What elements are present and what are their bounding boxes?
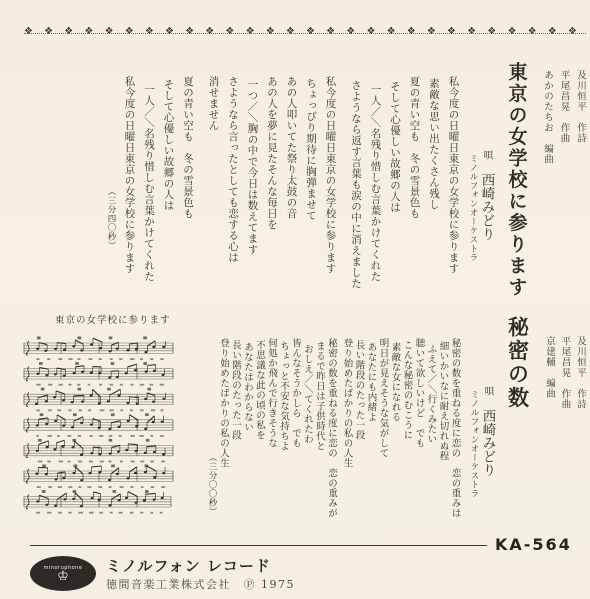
lyric-line: あなたにも内緒よ: [366, 338, 376, 518]
lyric-line: そして心優しい故郷の人は: [390, 76, 401, 289]
duration-label: （三分四〇秒）: [107, 76, 116, 289]
credit-line: 及川恒平 作詩: [576, 58, 586, 165]
credit-line: 及川恒平 作詩: [576, 314, 586, 410]
lyric-line: 秘密の数を重ねる度に恋の 恋の重みは: [450, 338, 460, 518]
duration-label: （三分〇〇秒）: [208, 338, 217, 518]
lyric-line: 一人／＼名残り惜しむ言葉かけてくれた: [370, 76, 381, 289]
lyric-line: おしえ／＼てくれたわ: [303, 338, 313, 518]
lyric-line: 長い階段のたった一段: [231, 338, 241, 518]
lyric-line: 夏の青い空も 冬の雪景色も: [183, 76, 194, 289]
lyric-line: あの人叩いてた祭り太鼓の音: [286, 76, 297, 289]
lyric-line: 一人／＼名残り惜しむ言葉かけてくれた: [144, 76, 155, 289]
lyric-line: あなたはわからない: [243, 338, 253, 518]
song1-vocal: 唄 西崎みどり: [479, 58, 493, 304]
lyric-line: 秘密の数を重ねる度に恋の 恋の重みが: [327, 338, 337, 518]
record-sleeve-back: ❖ ❖ ❖ ❖ ❖ ❖ ❖ ❖ ❖ ❖ ❖ ❖ ❖ ❖ ❖ ❖ ❖ ❖ ❖ ❖ …: [0, 0, 590, 599]
credit-line: 京建輔 編曲: [545, 314, 555, 410]
lyric-line: 登り始めたばかりの私の人生: [219, 338, 229, 518]
lyric-line: 私今度の日曜日東京の女学校に参ります: [448, 76, 459, 289]
lyric-line: 素敵な女になれる: [390, 338, 400, 518]
lyric-line: 皆んなそうかしら でも: [291, 338, 301, 518]
lyric-line: 私今度の日曜日東京の女学校に参ります: [124, 76, 135, 289]
credit-line: 平尾昌晃 作曲: [560, 314, 570, 410]
lyric-line: 細いかいなに耐え切れぬ程: [438, 338, 448, 518]
song2-title: 秘密の数: [508, 314, 529, 548]
lyric-line: ふえて／＼行くみたい: [426, 338, 436, 518]
lyric-line: まるで昨日は子供時代と: [315, 338, 325, 518]
company-line: 徳間音楽工業株式会社 Ⓟ 1975: [106, 576, 295, 592]
lyric-line: 素敵な思い出たくさん残し: [429, 76, 440, 289]
song2-vocal: 唄 西崎みどり: [480, 314, 494, 548]
lyric-line: 登り始めたばかりの私の人生: [342, 338, 352, 518]
lyric-line: 長い階段のたった一段: [354, 338, 364, 518]
copyright-year: 1975: [261, 578, 295, 591]
phonogram-mark-icon: Ⓟ: [244, 578, 257, 591]
song2-credits: 及川恒平 作詩平尾昌晃 作曲京建輔 編曲: [539, 314, 586, 410]
lyric-line: 夏の青い空も 冬の雪景色も: [409, 76, 420, 289]
catalog-number: KA-564: [495, 535, 572, 554]
lyric-line: 私今度の日曜日東京の女学校に参ります: [325, 76, 336, 289]
music-score: [21, 327, 181, 521]
lyric-line: 消せません: [208, 76, 219, 289]
company-name: 徳間音楽工業株式会社: [106, 578, 231, 591]
vocal-label: 唄: [482, 150, 493, 160]
credit-line: 平尾昌晃 作曲: [559, 58, 569, 165]
label-name: ミノルフォン レコード: [106, 555, 271, 576]
lyric-line: 何処か飛んで行きそうな: [267, 338, 277, 518]
crown-icon: ♔: [57, 570, 69, 583]
ornament-border: ❖ ❖ ❖ ❖ ❖ ❖ ❖ ❖ ❖ ❖ ❖ ❖ ❖ ❖ ❖ ❖ ❖ ❖ ❖ ❖ …: [24, 26, 586, 40]
vocal-label: 唄: [483, 386, 494, 396]
lyric-line: そして心優しい故郷の人は: [163, 76, 174, 289]
vocal-name: [480, 396, 496, 410]
lyric-line: ちょっぴり期待に胸弾ませて: [306, 76, 317, 289]
song2-lyrics: 秘密の数を重ねる度に恋の 恋の重みは細いかいなに耐え切れぬ程ふえて／＼行くみたい…: [205, 314, 460, 518]
lyric-line: 一つ／＼胸の中で今日は数えてます: [247, 76, 258, 289]
ornament-diamonds-icon: ❖ ❖ ❖ ❖ ❖ ❖ ❖ ❖ ❖ ❖ ❖ ❖ ❖ ❖ ❖ ❖ ❖ ❖ ❖ ❖ …: [24, 26, 586, 37]
lyric-line: 不思議な此の頃の私を: [255, 338, 265, 518]
vocal-name: [479, 160, 495, 174]
lyric-line: あの人を夢に見たそんな毎日を: [267, 76, 278, 289]
song2-block: 及川恒平 作詩平尾昌晃 作曲京建輔 編曲 秘密の数 唄 西崎みどり ミノルフォン…: [185, 314, 585, 548]
lyric-line: さようなら言ったとしても恋する心は: [228, 76, 239, 289]
song1-lyrics: 私今度の日曜日東京の女学校に参ります素敵な思い出たくさん残し夏の青い空も 冬の雪…: [98, 58, 459, 289]
footer-rule: [30, 545, 487, 546]
spacer: [231, 578, 244, 591]
lyric-line: こんな秘密のむこうに: [402, 338, 412, 518]
minoruphone-logo: minoruphone ♔: [30, 556, 96, 591]
song1-credits: 及川恒平 作詩平尾昌晃 作曲あかのたちお 編曲: [536, 58, 586, 165]
lyric-line: 聴いて欲しいけど でも: [414, 338, 424, 518]
song2-orchestra: ミノルフォンオーケストラ: [470, 314, 479, 548]
song1-title: 東京の女学校に参ります: [507, 58, 526, 304]
lyric-line: さようなら返す言葉も涙の中に消えました: [351, 76, 362, 289]
score-caption: 東京の女学校に参ります: [55, 312, 171, 326]
song1-block: 及川恒平 作詩平尾昌晃 作曲あかのたちお 編曲 東京の女学校に参ります 唄 西崎…: [33, 58, 585, 304]
song2-singer: 西崎みどり: [480, 409, 496, 477]
lyric-line: ちょっと不安な気持ちよ: [279, 338, 289, 518]
lyric-line: 明日が見えそうな気がして: [378, 338, 388, 518]
credit-line: あかのたちお 編曲: [543, 58, 553, 165]
song1-orchestra: ミノルフォンオーケストラ: [469, 58, 478, 304]
song1-singer: 西崎みどり: [479, 173, 495, 241]
